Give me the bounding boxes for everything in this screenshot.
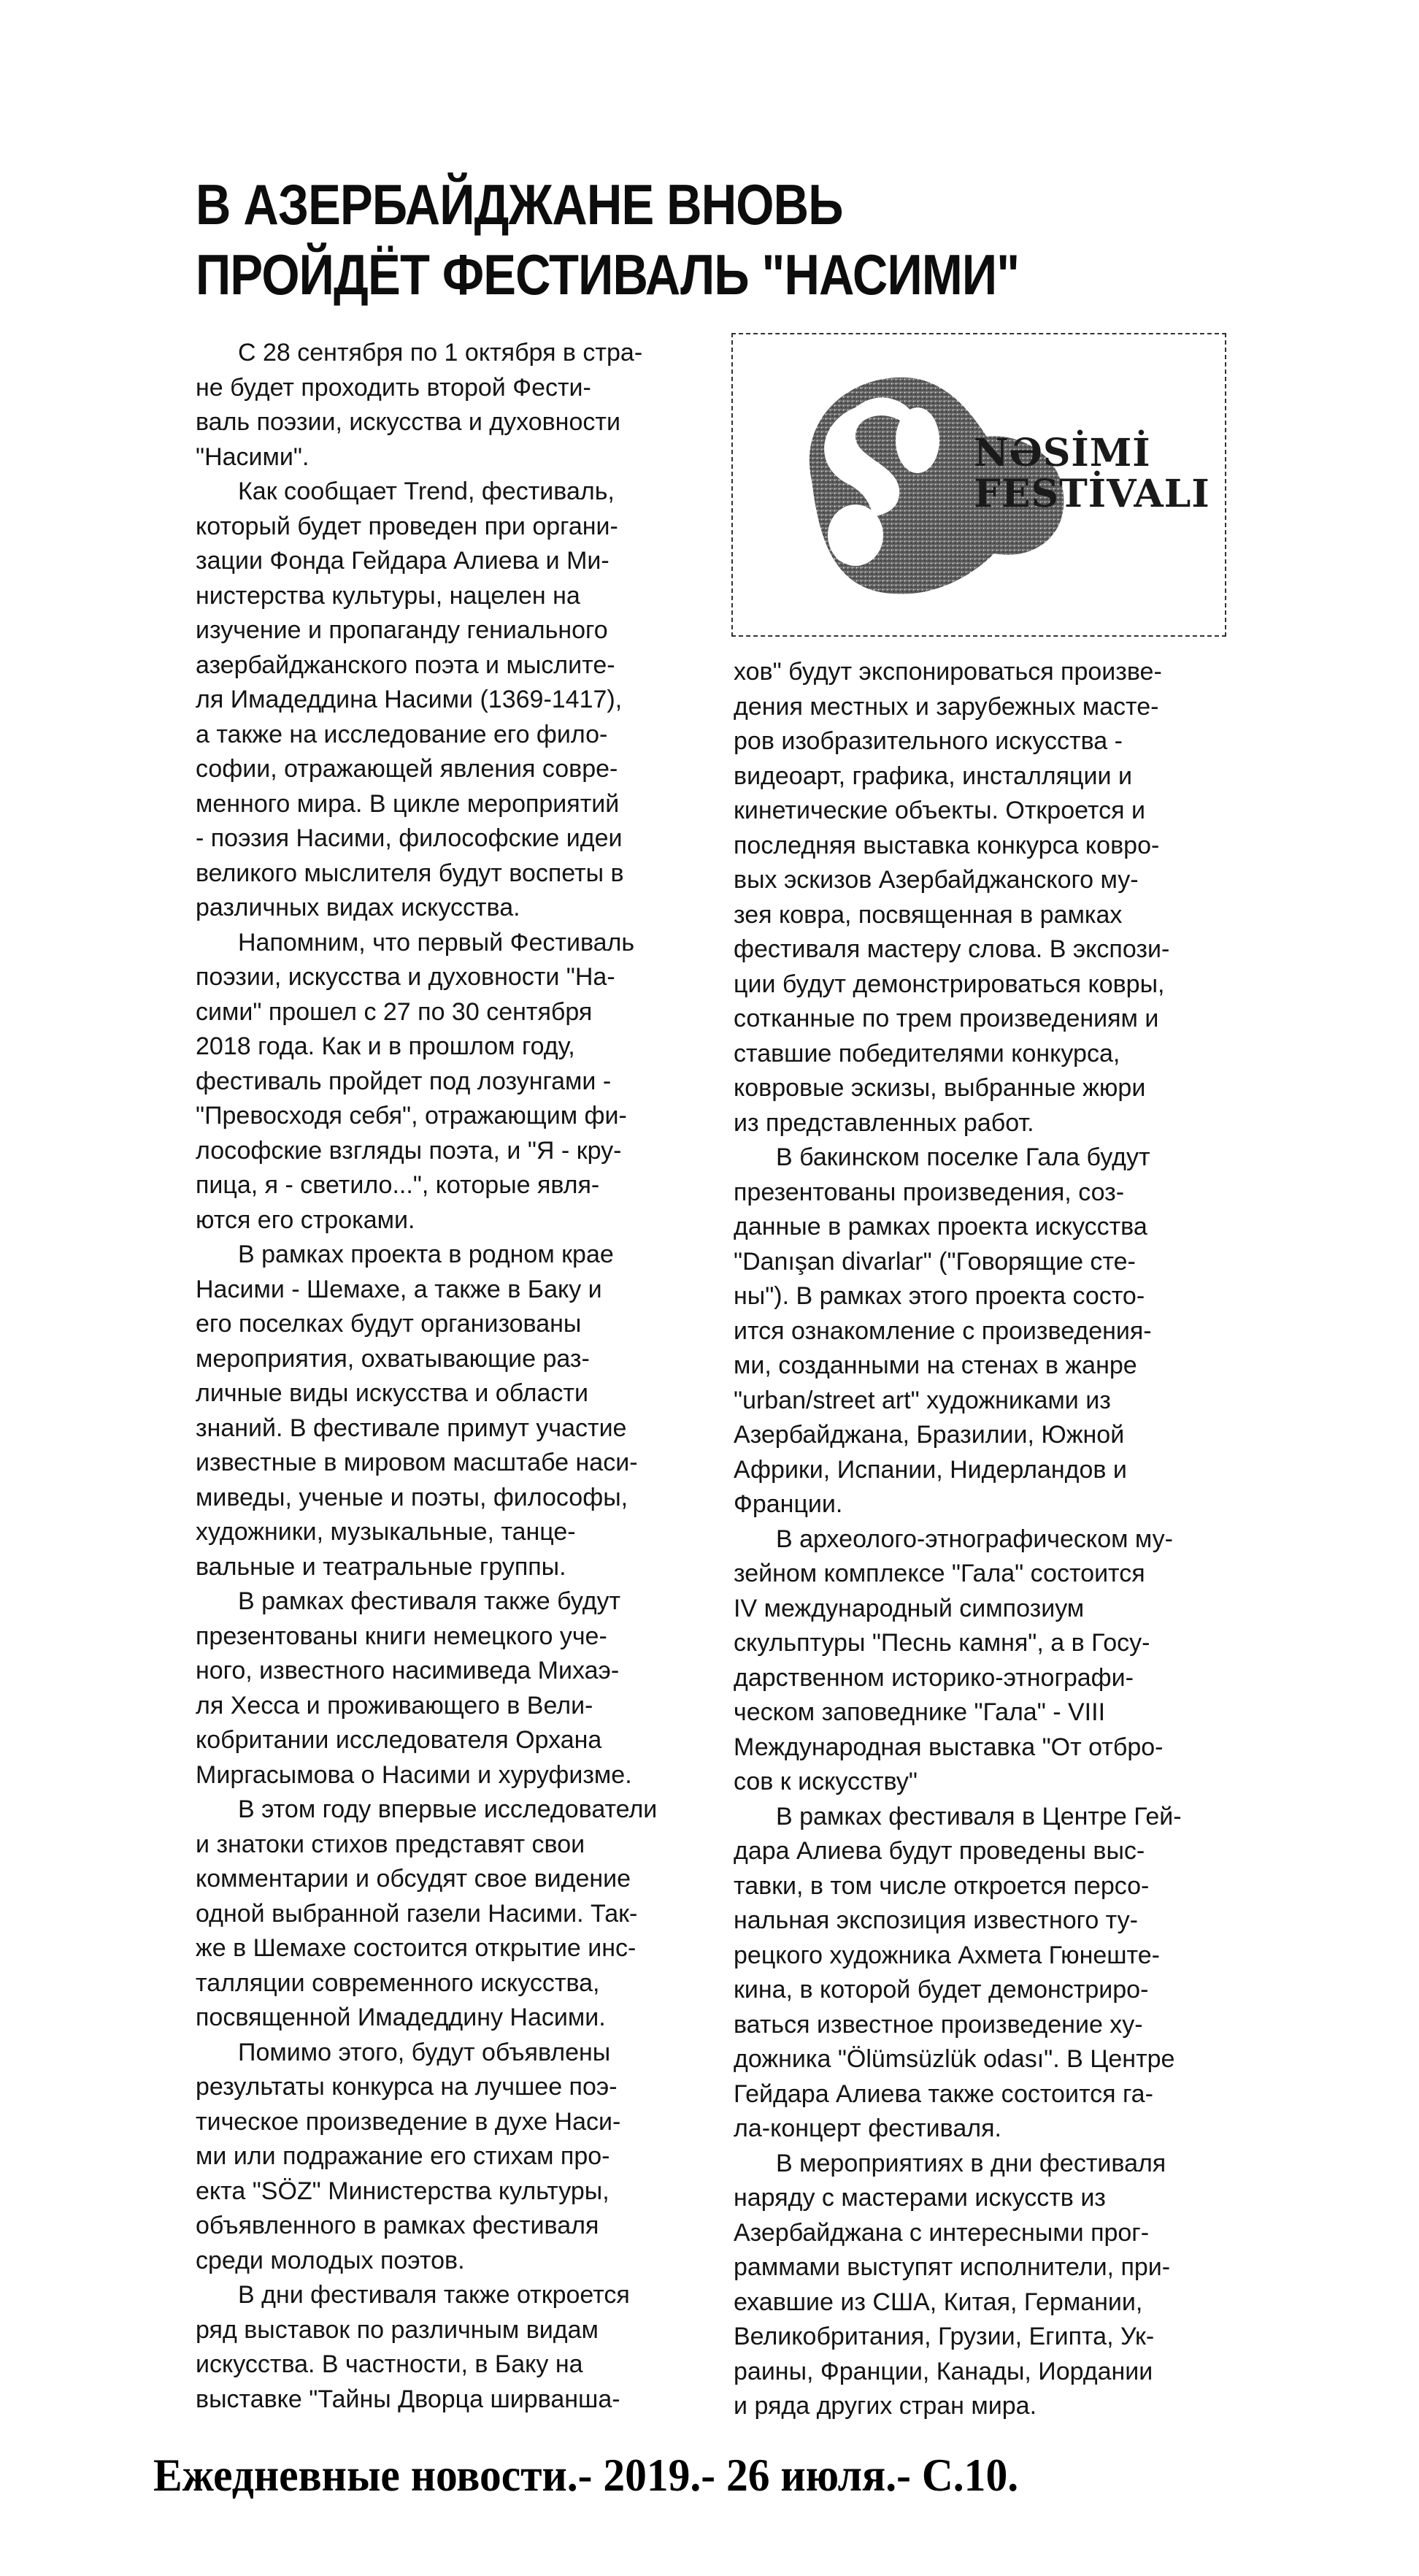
text-line: кинетические объекты. Откроется и [734, 794, 1226, 829]
paragraph-start-line: Напомним, что первый Фестиваль [196, 926, 708, 961]
logo-line-2: FESTİVALI [974, 474, 1210, 515]
text-line: из представленных работ. [734, 1106, 1226, 1141]
text-line: последняя выставка конкурса ковро- [734, 829, 1226, 864]
text-line: зации Фонда Гейдара Алиева и Ми- [196, 544, 708, 579]
paragraph-start-line: В бакинском поселке Гала будут [734, 1141, 1226, 1176]
paragraph-start-line: В мероприятиях в дни фестиваля [734, 2147, 1226, 2182]
text-line: личные виды искусства и области [196, 1376, 708, 1411]
text-line: ческом заповеднике "Гала" - VIII [734, 1695, 1226, 1730]
text-line: "urban/street art" художниками из [734, 1384, 1226, 1419]
text-line: результаты конкурса на лучшее поэ- [196, 2070, 708, 2105]
festival-logo-box: NƏSİMİ FESTİVALI [731, 333, 1226, 637]
text-line: знаний. В фестивале примут участие [196, 1411, 708, 1446]
text-line: кина, в которой будет демонстриро- [734, 1973, 1226, 2008]
text-line: "Насими". [196, 440, 708, 475]
paragraph-start-line: В археолого-этнографическом му- [734, 1522, 1226, 1557]
text-line: нальная экспозиция известного ту- [734, 1904, 1226, 1939]
text-line: зея ковра, посвященная в рамках [734, 898, 1226, 933]
text-line: Франции. [734, 1487, 1226, 1522]
text-line: ваться известное произведение ху- [734, 2008, 1226, 2043]
text-line: ряд выставок по различным видам [196, 2313, 708, 2348]
headline-line-2: ПРОЙДЁТ ФЕСТИВАЛЬ "НАСИМИ" [196, 239, 1137, 310]
text-line: выставке "Тайны Дворца ширванша- [196, 2383, 708, 2418]
text-line: ции будут демонстрироваться ковры, [734, 967, 1226, 1003]
text-line: его поселках будут организованы [196, 1307, 708, 1342]
article-headline: В АЗЕРБАЙДЖАНЕ ВНОВЬ ПРОЙДЁТ ФЕСТИВАЛЬ "… [196, 169, 1137, 310]
text-line: который будет проведен при органи- [196, 510, 708, 545]
text-line: сов к искусству" [734, 1765, 1226, 1800]
text-line: различных видах искусства. [196, 891, 708, 926]
text-line: Насими - Шемахе, а также в Баку и [196, 1273, 708, 1308]
text-line: миведы, ученые и поэты, философы, [196, 1481, 708, 1516]
text-line: изучение и пропаганду гениального [196, 613, 708, 648]
text-line: IV международный симпозиум [734, 1592, 1226, 1627]
text-line: презентованы произведения, соз- [734, 1176, 1226, 1211]
text-line: а также на исследование его фило- [196, 718, 708, 753]
text-line: ров изобразительного искусства - [734, 724, 1226, 759]
text-line: екта "SÖZ" Министерства культуры, [196, 2174, 708, 2209]
text-line: дожника "Ölümsüzlük odası". В Центре [734, 2042, 1226, 2077]
text-line: вых эскизов Азербайджанского му- [734, 863, 1226, 898]
text-line: Африки, Испании, Нидерландов и [734, 1453, 1226, 1488]
text-line: раммами выступят исполнители, при- [734, 2250, 1226, 2285]
text-line: поэзии, искусства и духовности "На- [196, 960, 708, 995]
text-line: софии, отражающей явления совре- [196, 752, 708, 787]
text-line: фестиваля мастеру слова. В экспози- [734, 932, 1226, 967]
text-line: не будет проходить второй Фести- [196, 371, 708, 406]
text-line: художники, музыкальные, танце- [196, 1515, 708, 1550]
text-line: известные в мировом масштабе наси- [196, 1446, 708, 1481]
text-line: фестиваль пройдет под лозунгами - [196, 1065, 708, 1100]
headline-line-1: В АЗЕРБАЙДЖАНЕ ВНОВЬ [196, 169, 1137, 239]
text-line: комментарии и обсудят свое видение [196, 1862, 708, 1897]
paragraph-start-line: Помимо этого, будут объявлены [196, 2036, 708, 2071]
text-line: ного, известного насимиведа Михаэ- [196, 1654, 708, 1689]
text-line: "Danışan divarlar" ("Говорящие сте- [734, 1245, 1226, 1280]
text-line: же в Шемахе состоится открытие инс- [196, 1931, 708, 1966]
text-line: ми, созданными на стенах в жанре [734, 1349, 1226, 1384]
text-line: кобритании исследователя Орхана [196, 1723, 708, 1758]
text-line: ла-концерт фестиваля. [734, 2112, 1226, 2147]
text-line: презентованы книги немецкого уче- [196, 1619, 708, 1655]
paragraph-start-line: В рамках проекта в родном крае [196, 1238, 708, 1273]
text-line: рецкого художника Ахмета Гюнеште- [734, 1939, 1226, 1974]
text-line: ставшие победителями конкурса, [734, 1037, 1226, 1072]
article-column-right: хов" будут экспонироваться произве-дения… [734, 655, 1226, 2424]
text-line: и ряда других стран мира. [734, 2389, 1226, 2424]
text-line: ются его строками. [196, 1203, 708, 1238]
text-line: среди молодых поэтов. [196, 2244, 708, 2279]
text-line: менного мира. В цикле мероприятий [196, 787, 708, 822]
text-line: Миргасымова о Насими и хуруфизме. [196, 1758, 708, 1793]
text-line: тавки, в том числе откроется персо- [734, 1869, 1226, 1904]
text-line: ля Имадеддина Насими (1369-1417), [196, 683, 708, 718]
text-line: пица, я - светило...", которые явля- [196, 1168, 708, 1203]
text-line: ится ознакомление с произведения- [734, 1314, 1226, 1349]
text-line: дара Алиева будут проведены выс- [734, 1834, 1226, 1869]
text-line: талляции современного искусства, [196, 1966, 708, 2001]
text-line: наряду с мастерами искусств из [734, 2181, 1226, 2216]
paragraph-start-line: Как сообщает Trend, фестиваль, [196, 475, 708, 510]
logo-line-1: NƏSİMİ [974, 433, 1210, 474]
text-line: хов" будут экспонироваться произве- [734, 655, 1226, 690]
paragraph-start-line: С 28 сентября по 1 октября в стра- [196, 336, 708, 371]
text-line: объявленного в рамках фестиваля [196, 2209, 708, 2244]
text-line: - поэзия Насими, философские идеи [196, 821, 708, 856]
article-column-left: С 28 сентября по 1 октября в стра-не буд… [196, 336, 708, 2417]
text-line: данные в рамках проекта искусства [734, 1210, 1226, 1245]
text-line: Гейдара Алиева также состоится га- [734, 2077, 1226, 2112]
text-line: ми или подражание его стихам про- [196, 2139, 708, 2174]
text-line: 2018 года. Как и в прошлом году, [196, 1030, 708, 1065]
text-line: ковровые эскизы, выбранные жюри [734, 1071, 1226, 1106]
text-line: азербайджанского поэта и мыслите- [196, 648, 708, 683]
text-line: валь поэзии, искусства и духовности [196, 405, 708, 440]
text-line: ны"). В рамках этого проекта состо- [734, 1279, 1226, 1314]
paragraph-start-line: В дни фестиваля также откроется [196, 2278, 708, 2313]
text-line: Международная выставка "От отбро- [734, 1730, 1226, 1766]
text-line: "Превосходя себя", отражающим фи- [196, 1099, 708, 1134]
paragraph-start-line: В рамках фестиваля также будут [196, 1584, 708, 1619]
text-line: дарственном историко-этнографи- [734, 1661, 1226, 1696]
text-line: и знатоки стихов представят свои [196, 1828, 708, 1863]
paragraph-start-line: В этом году впервые исследователи [196, 1793, 708, 1828]
text-line: Азербайджана с интересными прог- [734, 2216, 1226, 2251]
paragraph-start-line: В рамках фестиваля в Центре Гей- [734, 1800, 1226, 1835]
text-line: ехавшие из США, Китая, Германии, [734, 2285, 1226, 2320]
text-line: искусства. В частности, в Баку на [196, 2347, 708, 2383]
text-line: одной выбранной газели Насими. Так- [196, 1897, 708, 1932]
text-line: мероприятия, охватывающие раз- [196, 1342, 708, 1377]
text-line: Великобритания, Грузии, Египта, Ук- [734, 2320, 1226, 2355]
text-line: нистерства культуры, нацелен на [196, 579, 708, 614]
text-line: посвященной Имадеддину Насими. [196, 2001, 708, 2036]
text-line: скульптуры "Песнь камня", а в Госу- [734, 1626, 1226, 1661]
text-line: дения местных и зарубежных масте- [734, 690, 1226, 725]
festival-logo-text: NƏSİMİ FESTİVALI [974, 433, 1210, 515]
text-line: лософские взгляды поэта, и "Я - кру- [196, 1134, 708, 1169]
text-line: тическое произведение в духе Наси- [196, 2105, 708, 2140]
text-line: Азербайджана, Бразилии, Южной [734, 1418, 1226, 1453]
text-line: великого мыслителя будут воспеты в [196, 856, 708, 892]
text-line: сими" прошел с 27 по 30 сентября [196, 995, 708, 1030]
text-line: видеоарт, графика, инсталляции и [734, 759, 1226, 794]
source-citation: Ежедневные новости.- 2019.- 26 июля.- С.… [153, 2446, 1212, 2504]
text-line: сотканные по трем произведениям и [734, 1002, 1226, 1037]
text-line: раины, Франции, Канады, Иордании [734, 2355, 1226, 2390]
text-line: зейном комплексе "Гала" состоится [734, 1557, 1226, 1592]
text-line: ля Хесса и проживающего в Вели- [196, 1689, 708, 1724]
text-line: вальные и театральные группы. [196, 1550, 708, 1585]
